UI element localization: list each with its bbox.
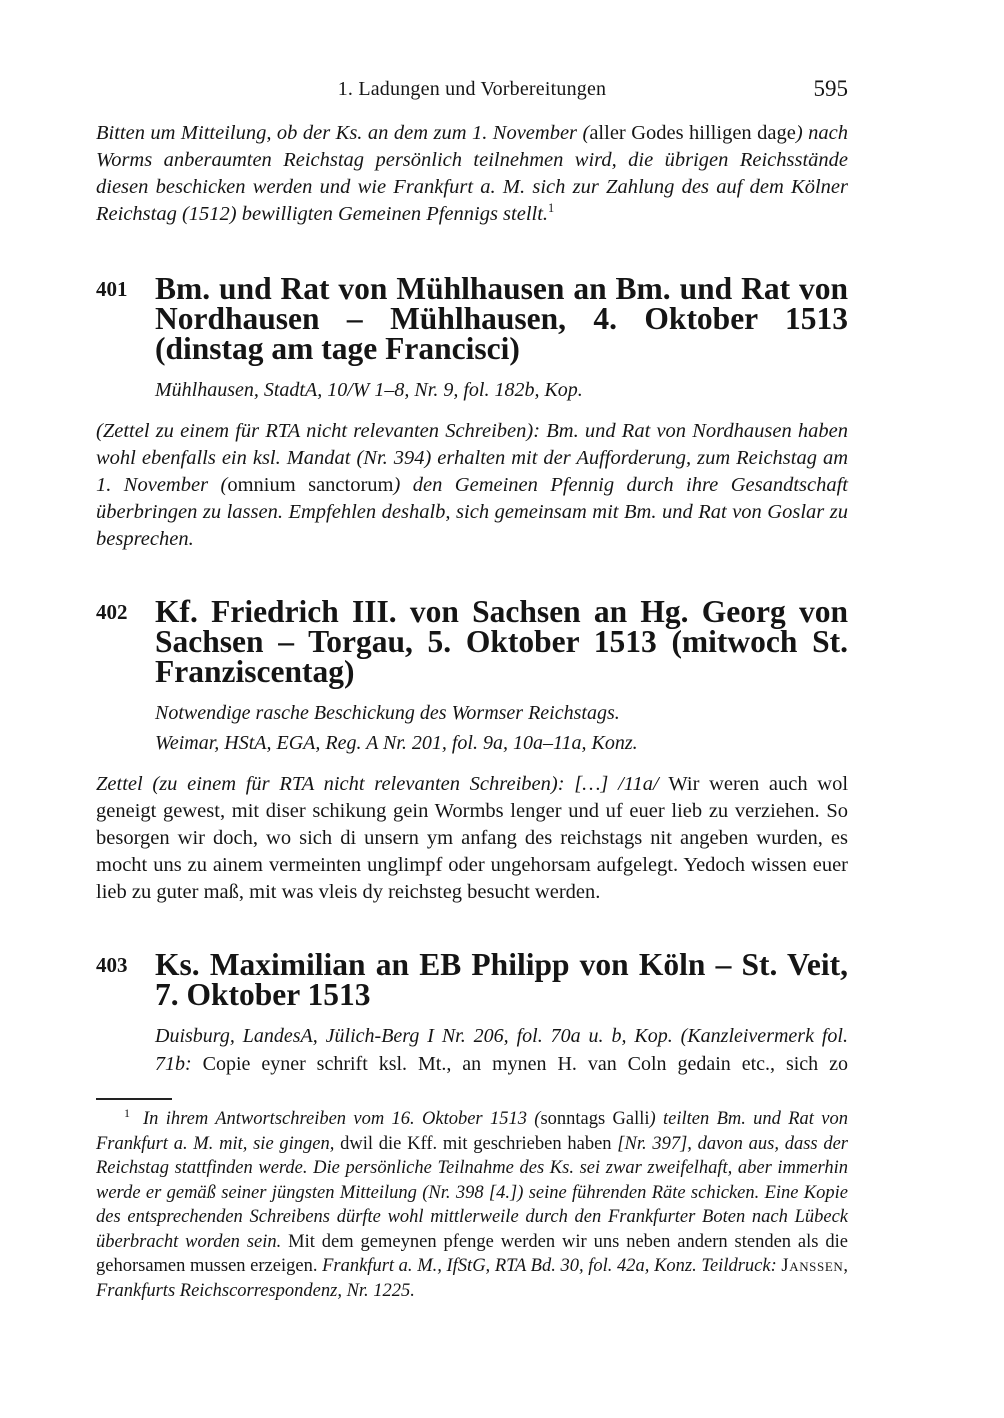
entry-402-heading: 402 Kf. Friedrich III. von Sachsen an Hg… — [96, 597, 848, 687]
entry-402-summary: Notwendige rasche Beschickung des Wormse… — [155, 699, 848, 727]
text-segment: Copie eyner schrift ksl. Mt., an mynen H… — [203, 1053, 848, 1075]
text-segment: In ihrem Antwortschreiben vom 16. Oktobe… — [143, 1109, 540, 1129]
entry-401-heading: 401 Bm. und Rat von Mühlhausen an Bm. un… — [96, 274, 848, 364]
entry-401-regest: (Zettel zu einem für RTA nicht relevante… — [96, 418, 848, 553]
text-segment: Mühlhausen, StadtA, 10/W 1–8, Nr. 9, fol… — [155, 379, 583, 401]
entry-403: 403 Ks. Maximilian an EB Philipp von Köl… — [96, 950, 848, 1078]
entry-402: 402 Kf. Friedrich III. von Sachsen an Hg… — [96, 597, 848, 906]
text-segment: aller Godes hilligen dage — [589, 122, 796, 144]
text-segment: Weimar, HStA, EGA, Reg. A Nr. 201, fol. … — [155, 732, 638, 754]
entry-401: 401 Bm. und Rat von Mühlhausen an Bm. un… — [96, 274, 848, 553]
entry-403-source: Duisburg, LandesA, Jülich-Berg I Nr. 206… — [155, 1022, 848, 1078]
text-segment: Frankfurt a. M., IfStG, RTA Bd. 30, fol.… — [322, 1256, 781, 1276]
running-head: 1. Ladungen und Vorbereitungen 595 — [96, 76, 848, 106]
text-segment: sonntags Galli — [540, 1109, 649, 1129]
text-segment: Zettel (zu einem für RTA nicht relevante… — [96, 773, 668, 795]
entry-402-text: Zettel (zu einem für RTA nicht relevante… — [96, 771, 848, 906]
entry-403-heading: 403 Ks. Maximilian an EB Philipp von Köl… — [96, 950, 848, 1010]
book-page: 1. Ladungen und Vorbereitungen 595 Bitte… — [0, 0, 1004, 1418]
text-segment: Bitten um Mitteilung, ob der Ks. an dem … — [96, 122, 589, 144]
text-segment: , — [843, 1256, 848, 1276]
entry-402-number: 402 — [96, 597, 155, 687]
entry-403-number: 403 — [96, 950, 155, 1010]
text-segment: 1 — [548, 201, 554, 215]
lead-regest: Bitten um Mitteilung, ob der Ks. an dem … — [96, 120, 848, 228]
text-segment: Janssen — [781, 1256, 843, 1276]
footnote-separator-rule — [96, 1098, 172, 1100]
text-segment: Frankfurts Reichscorrespondenz, Nr. 1225… — [96, 1281, 415, 1301]
entry-402-title: Kf. Friedrich III. von Sachsen an Hg. Ge… — [155, 597, 848, 687]
footnote-1: 1In ihrem Antwortschreiben vom 16. Oktob… — [96, 1107, 848, 1303]
entry-401-number: 401 — [96, 274, 155, 364]
footnote-1-marker: 1 — [124, 1106, 130, 1120]
text-segment: Notwendige rasche Beschickung des Wormse… — [155, 702, 620, 724]
page-number: 595 — [814, 76, 849, 102]
footnote-area: 1In ihrem Antwortschreiben vom 16. Oktob… — [96, 1098, 848, 1303]
entry-402-source: Weimar, HStA, EGA, Reg. A Nr. 201, fol. … — [155, 729, 848, 757]
text-segment: dwil die Kff. mit geschrieben haben — [340, 1134, 617, 1154]
entry-403-title: Ks. Maximilian an EB Philipp von Köln – … — [155, 950, 848, 1010]
section-title: 1. Ladungen und Vorbereitungen — [96, 78, 848, 101]
text-segment: omnium sanctorum — [227, 474, 393, 496]
entry-401-source: Mühlhausen, StadtA, 10/W 1–8, Nr. 9, fol… — [155, 376, 848, 404]
entry-401-title: Bm. und Rat von Mühlhausen an Bm. und Ra… — [155, 274, 848, 364]
